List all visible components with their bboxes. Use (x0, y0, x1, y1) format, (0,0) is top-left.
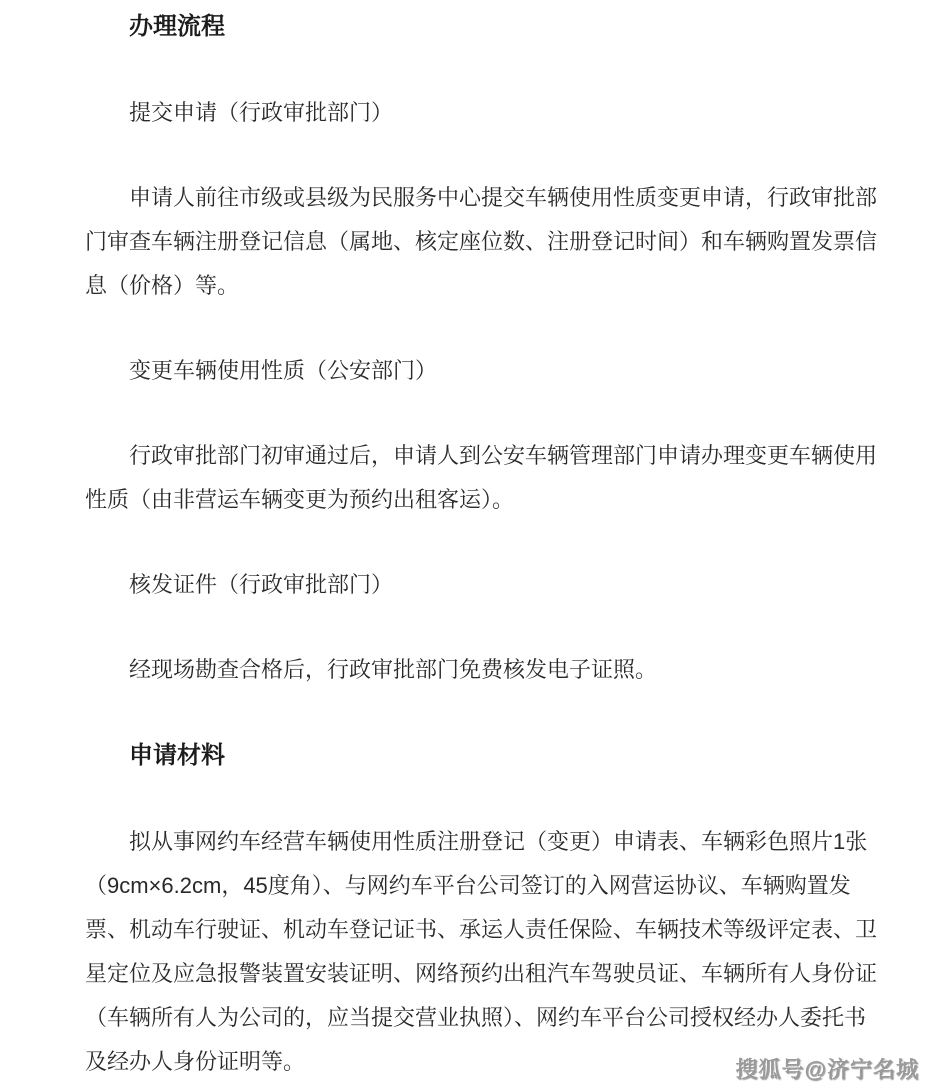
sohu-watermark: 搜狐号@济宁名城 (736, 1053, 919, 1084)
step-title-issue-certificate: 核发证件（行政审批部门） (85, 563, 880, 607)
section-heading-materials: 申请材料 (85, 733, 880, 779)
step-title-change-vehicle-use: 变更车辆使用性质（公安部门） (85, 349, 880, 393)
step-desc-change-vehicle-use: 行政审批部门初审通过后，申请人到公安车辆管理部门申请办理变更车辆使用 性质（由非… (85, 434, 880, 522)
section-heading-process: 办理流程 (85, 4, 880, 50)
step-desc-submit-application: 申请人前往市级或县级为民服务中心提交车辆使用性质变更申请，行政审批部 门审查车辆… (85, 176, 880, 308)
article-page: 办理流程 提交申请（行政审批部门） 申请人前往市级或县级为民服务中心提交车辆使用… (0, 0, 927, 1090)
materials-paragraph: 拟从事网约车经营车辆使用性质注册登记（变更）申请表、车辆彩色照片1张 （9cm×… (85, 820, 880, 1084)
step-title-submit-application: 提交申请（行政审批部门） (85, 91, 880, 135)
step-desc-issue-certificate: 经现场勘查合格后，行政审批部门免费核发电子证照。 (85, 648, 880, 692)
